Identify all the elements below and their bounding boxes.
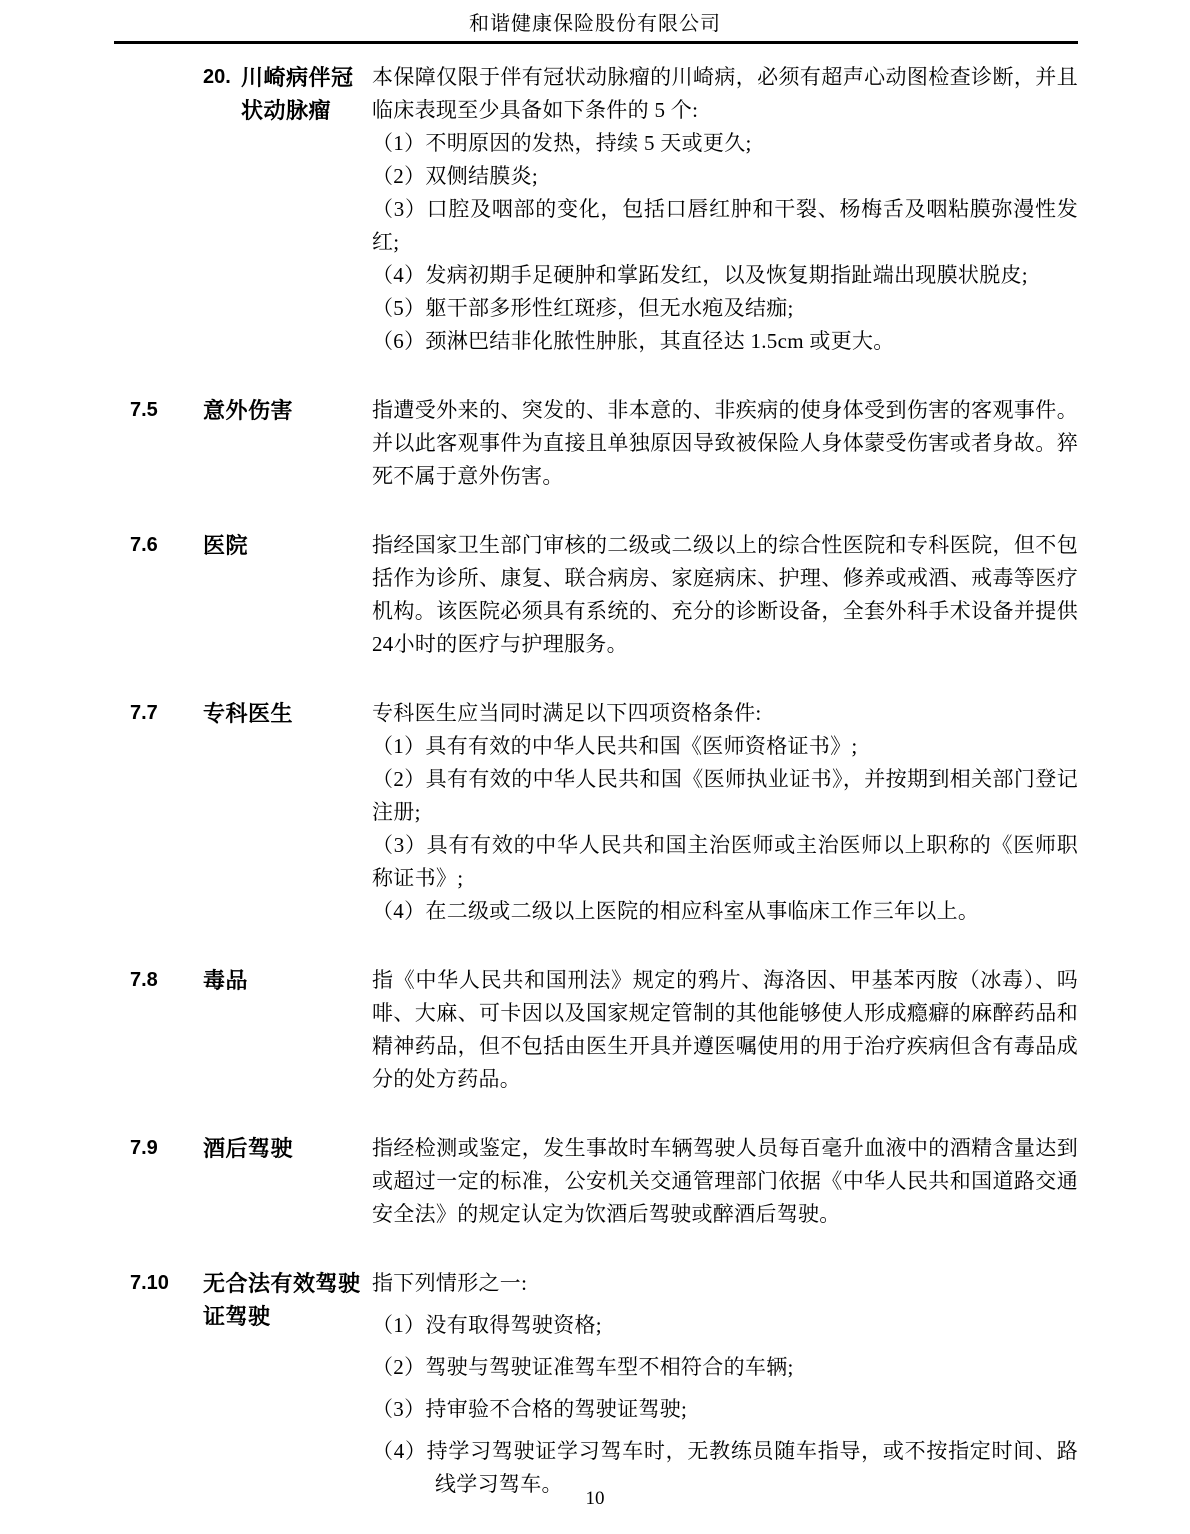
- section-body: 本保障仅限于伴有冠状动脉瘤的川崎病，必须有超声心动图检查诊断，并且临床表现至少具…: [372, 61, 1078, 358]
- section-number: 20.: [203, 61, 241, 358]
- paragraph: （2）双侧结膜炎;: [372, 160, 1078, 193]
- definition-section-7-6: 7.6医院指经国家卫生部门审核的二级或二级以上的综合性医院和专科医院，但不包括作…: [130, 529, 1078, 661]
- paragraph: （6）颈淋巴结非化脓性肿胀，其直径达 1.5cm 或更大。: [372, 325, 1078, 358]
- definition-section-7-8: 7.8毒品指《中华人民共和国刑法》规定的鸦片、海洛因、甲基苯丙胺（冰毒）、吗啡、…: [130, 964, 1078, 1096]
- section-number: 7.8: [130, 964, 203, 1096]
- paragraph: 指下列情形之一:: [372, 1267, 1078, 1300]
- definition-section-7-5: 7.5意外伤害指遭受外来的、突发的、非本意的、非疾病的使身体受到伤害的客观事件。…: [130, 394, 1078, 493]
- company-name: 和谐健康保险股份有限公司: [0, 12, 1190, 36]
- page-number: 10: [0, 1488, 1190, 1510]
- section-body: 专科医生应当同时满足以下四项资格条件:（1）具有有效的中华人民共和国《医师资格证…: [372, 697, 1078, 928]
- section-body: 指《中华人民共和国刑法》规定的鸦片、海洛因、甲基苯丙胺（冰毒）、吗啡、大麻、可卡…: [372, 964, 1078, 1096]
- header-rule: [114, 41, 1078, 44]
- document-page: 和谐健康保险股份有限公司 20.川崎病伴冠状动脉瘤本保障仅限于伴有冠状动脉瘤的川…: [0, 0, 1190, 1534]
- sections: 20.川崎病伴冠状动脉瘤本保障仅限于伴有冠状动脉瘤的川崎病，必须有超声心动图检查…: [0, 61, 1190, 1501]
- paragraph: 指经检测或鉴定，发生事故时车辆驾驶人员每百毫升血液中的酒精含量达到或超过一定的标…: [372, 1132, 1078, 1231]
- paragraph: （3）持审验不合格的驾驶证驾驶;: [372, 1393, 1078, 1426]
- definition-section-7-10: 7.10无合法有效驾驶证驾驶指下列情形之一:（1）没有取得驾驶资格;（2）驾驶与…: [130, 1267, 1078, 1501]
- section-number: 7.10: [130, 1267, 203, 1501]
- paragraph: （2）驾驶与驾驶证准驾车型不相符合的车辆;: [372, 1351, 1078, 1384]
- section-number: 7.6: [130, 529, 203, 661]
- section-term: 医院: [203, 529, 372, 661]
- paragraph: 本保障仅限于伴有冠状动脉瘤的川崎病，必须有超声心动图检查诊断，并且临床表现至少具…: [372, 61, 1078, 127]
- paragraph: （1）不明原因的发热，持续 5 天或更久;: [372, 127, 1078, 160]
- paragraph: 指经国家卫生部门审核的二级或二级以上的综合性医院和专科医院，但不包括作为诊所、康…: [372, 529, 1078, 661]
- section-term: 无合法有效驾驶证驾驶: [203, 1267, 372, 1501]
- section-term: 酒后驾驶: [203, 1132, 372, 1231]
- section-body: 指下列情形之一:（1）没有取得驾驶资格;（2）驾驶与驾驶证准驾车型不相符合的车辆…: [372, 1267, 1078, 1501]
- paragraph: 专科医生应当同时满足以下四项资格条件:: [372, 697, 1078, 730]
- definition-section-7-9: 7.9酒后驾驶指经检测或鉴定，发生事故时车辆驾驶人员每百毫升血液中的酒精含量达到…: [130, 1132, 1078, 1231]
- paragraph: （1）具有有效的中华人民共和国《医师资格证书》;: [372, 730, 1078, 763]
- paragraph: （4）发病初期手足硬肿和掌跖发红，以及恢复期指趾端出现膜状脱皮;: [372, 259, 1078, 292]
- paragraph: （2）具有有效的中华人民共和国《医师执业证书》，并按期到相关部门登记注册;: [372, 763, 1078, 829]
- section-term: 川崎病伴冠状动脉瘤: [241, 61, 372, 358]
- page-header: 和谐健康保险股份有限公司: [0, 0, 1190, 44]
- paragraph: （4）在二级或二级以上医院的相应科室从事临床工作三年以上。: [372, 895, 1078, 928]
- section-body: 指遭受外来的、突发的、非本意的、非疾病的使身体受到伤害的客观事件。并以此客观事件…: [372, 394, 1078, 493]
- paragraph: （3）口腔及咽部的变化，包括口唇红肿和干裂、杨梅舌及咽粘膜弥漫性发红;: [372, 193, 1078, 259]
- section-number: 7.5: [130, 394, 203, 493]
- definition-section-20-kawasaki: 20.川崎病伴冠状动脉瘤本保障仅限于伴有冠状动脉瘤的川崎病，必须有超声心动图检查…: [130, 61, 1078, 358]
- paragraph: 指遭受外来的、突发的、非本意的、非疾病的使身体受到伤害的客观事件。并以此客观事件…: [372, 394, 1078, 493]
- paragraph: （3）具有有效的中华人民共和国主治医师或主治医师以上职称的《医师职称证书》;: [372, 829, 1078, 895]
- section-term: 专科医生: [203, 697, 372, 928]
- section-number: 7.7: [130, 697, 203, 928]
- section-body: 指经国家卫生部门审核的二级或二级以上的综合性医院和专科医院，但不包括作为诊所、康…: [372, 529, 1078, 661]
- paragraph: （5）躯干部多形性红斑疹，但无水疱及结痂;: [372, 292, 1078, 325]
- section-number: 7.9: [130, 1132, 203, 1231]
- paragraph: 指《中华人民共和国刑法》规定的鸦片、海洛因、甲基苯丙胺（冰毒）、吗啡、大麻、可卡…: [372, 964, 1078, 1096]
- definition-section-7-7: 7.7专科医生专科医生应当同时满足以下四项资格条件:（1）具有有效的中华人民共和…: [130, 697, 1078, 928]
- section-term: 毒品: [203, 964, 372, 1096]
- section-term: 意外伤害: [203, 394, 372, 493]
- section-body: 指经检测或鉴定，发生事故时车辆驾驶人员每百毫升血液中的酒精含量达到或超过一定的标…: [372, 1132, 1078, 1231]
- paragraph: （1）没有取得驾驶资格;: [372, 1309, 1078, 1342]
